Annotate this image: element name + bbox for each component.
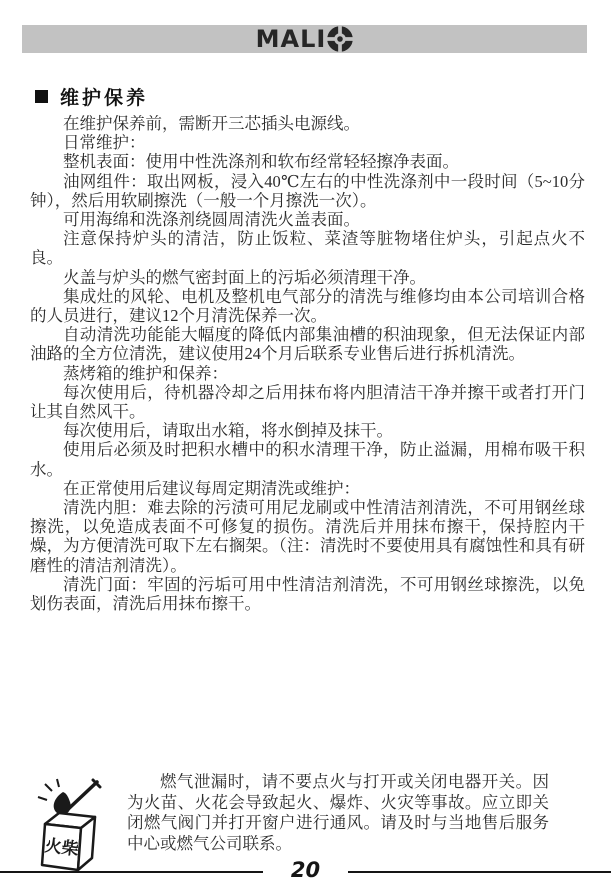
section-title: 维护保养 <box>60 83 148 110</box>
brand-logo: MALI <box>256 26 354 52</box>
body-text: 在维护保养前，需断开三芯插头电源线。日常维护：整机表面：使用中性洗涤剂和软布经常… <box>30 114 585 613</box>
body-paragraph: 日常维护： <box>30 133 585 152</box>
body-paragraph: 使用后必须及时把积水槽中的积水清理干净，防止溢漏，用棉布吸干积水。 <box>30 440 585 478</box>
body-paragraph: 整机表面：使用中性洗涤剂和软布经常轻轻擦净表面。 <box>30 152 585 171</box>
body-paragraph: 注意保持炉头的清洁，防止饭粒、菜渣等脏物堵住炉头，引起点火不良。 <box>30 229 585 267</box>
segmented-ring-logo-icon <box>327 26 353 52</box>
header-banner: MALI <box>22 25 587 53</box>
body-paragraph: 在正常使用后建议每周定期清洗或维护： <box>30 479 585 498</box>
body-paragraph: 每次使用后，待机器冷却之后用抹布将内胆清洁干净并擦干或者打开门让其自然风干。 <box>30 383 585 421</box>
page-number: 20 <box>291 858 320 882</box>
body-paragraph: 清洗内胆：难去除的污渍可用尼龙刷或中性清洁剂清洗，不可用钢丝球擦洗，以免造成表面… <box>30 498 585 575</box>
footer-rule-left <box>0 871 263 873</box>
warning-text: 燃气泄漏时，请不要点火与打开或关闭电器开关。因为火苗、火花会导致起火、爆炸、火灾… <box>127 772 549 854</box>
body-paragraph: 清洗门面：牢固的污垢可用中性清洁剂清洗，不可用钢丝球擦洗，以免划伤表面，清洗后用… <box>30 575 585 613</box>
body-paragraph: 油网组件：取出网板，浸入40℃左右的中性洗涤剂中一段时间（5~10分钟），然后用… <box>30 172 585 210</box>
footer-rule-right <box>348 871 611 873</box>
body-paragraph: 可用海绵和洗涤剂绕圆周清洗火盖表面。 <box>30 210 585 229</box>
body-paragraph: 每次使用后，请取出水箱，将水倒掉及抹干。 <box>30 421 585 440</box>
body-paragraph: 火盖与炉头的燃气密封面上的污垢必须清理干净。 <box>30 268 585 287</box>
matchbox-label: 火柴 <box>44 835 80 860</box>
page-footer: 20 <box>0 860 611 884</box>
body-paragraph: 在维护保养前，需断开三芯插头电源线。 <box>30 114 585 133</box>
brand-logo-text: MALI <box>256 27 327 51</box>
body-paragraph: 自动清洗功能能大幅度的降低内部集油槽的积油现象，但无法保证内部油路的全方位清洗，… <box>30 325 585 363</box>
manual-page: MALI 维护保养 在维护保养前，需断开三芯插头电源线。日常维护：整机表面：使用… <box>0 0 611 896</box>
body-paragraph: 蒸烤箱的维护和保养： <box>30 364 585 383</box>
body-paragraph: 集成灶的风轮、电机及整机电气部分的清洗与维修均由本公司培训合格的人员进行，建议1… <box>30 287 585 325</box>
square-bullet-icon <box>35 90 48 103</box>
section-heading: 维护保养 <box>35 83 148 110</box>
